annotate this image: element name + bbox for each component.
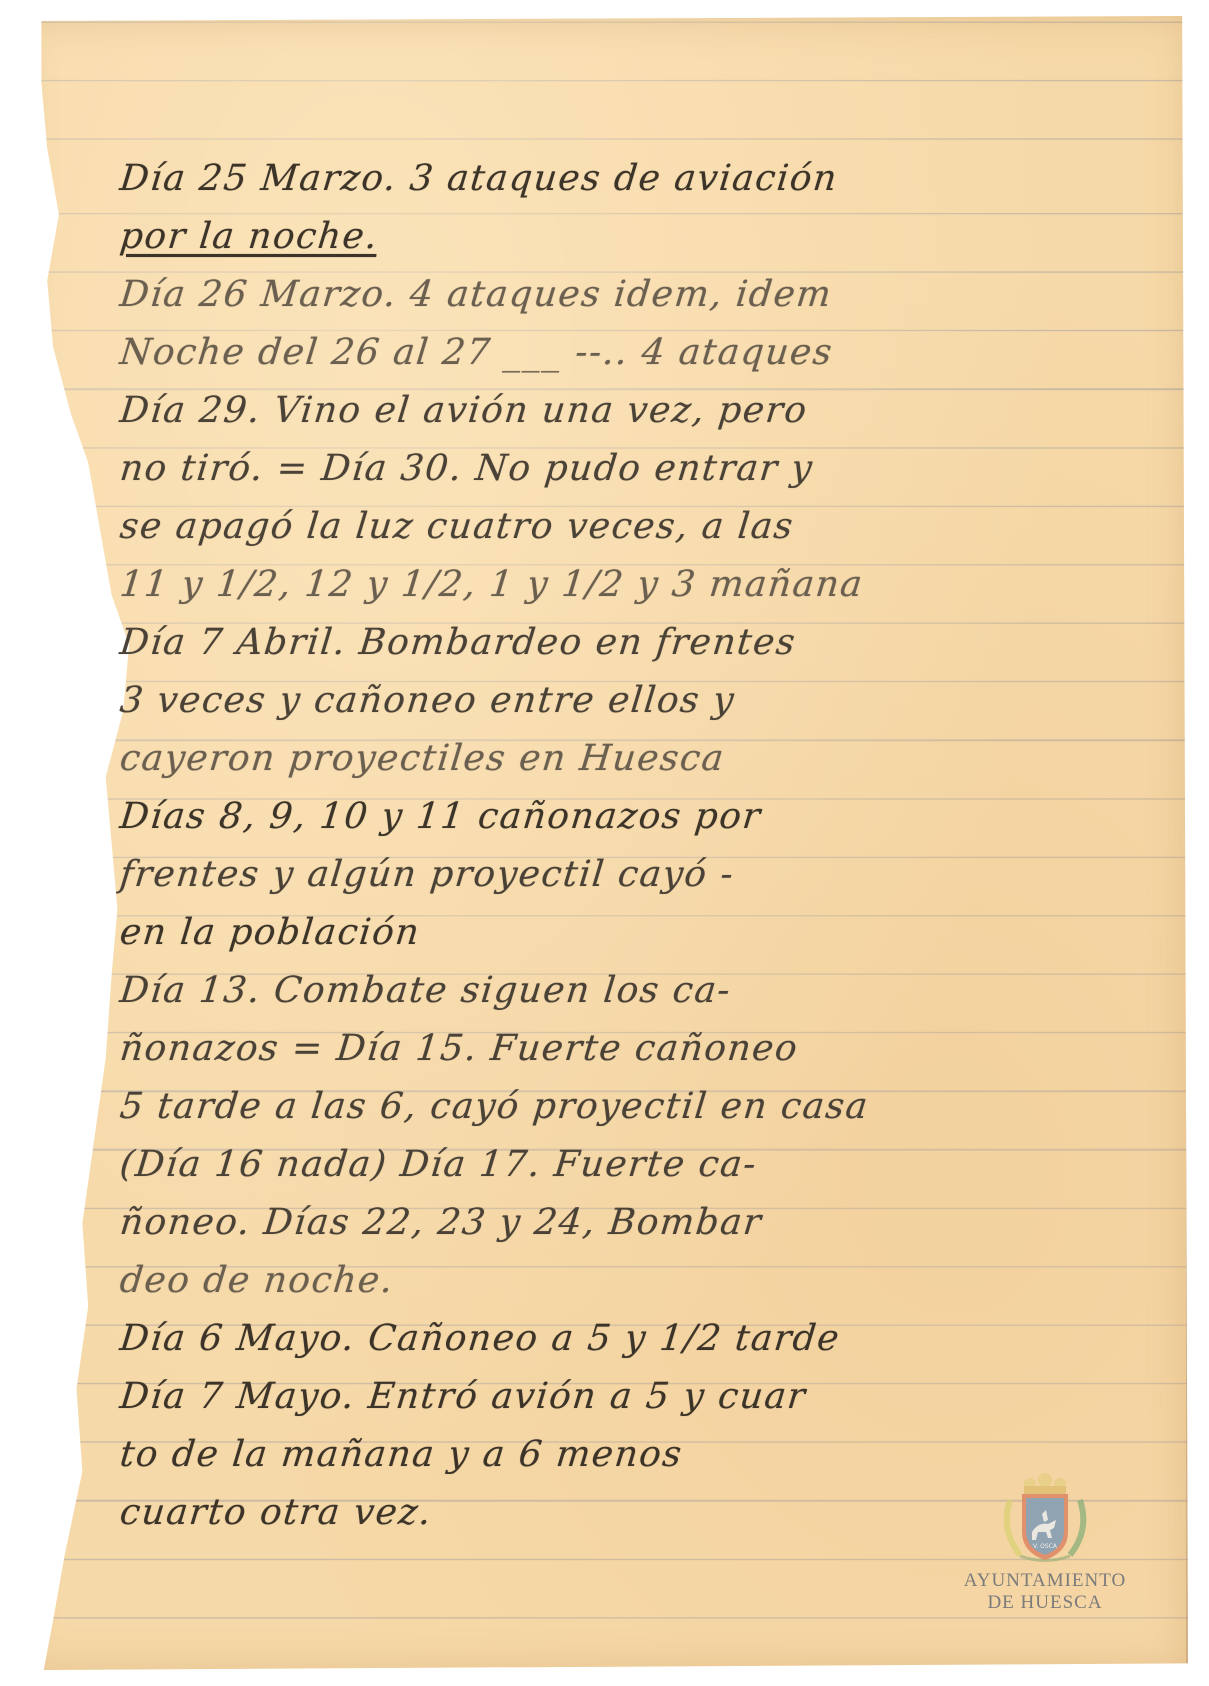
text-line: Día 29. Vino el avión una vez, pero [117, 382, 1103, 440]
text-line: en la población [117, 904, 1103, 962]
text-line: cayeron proyectiles en Huesca [117, 730, 1103, 788]
text-line: Día 7 Abril. Bombardeo en frentes [117, 614, 1103, 672]
text-line: deo de noche. [117, 1252, 1103, 1310]
svg-text:V. OSCA: V. OSCA [1033, 1543, 1058, 1550]
watermark-line-1: AYUNTAMIENTO [945, 1570, 1145, 1592]
text-line: ñonazos = Día 15. Fuerte cañoneo [117, 1020, 1103, 1078]
handwritten-text: Día 25 Marzo. 3 ataques de aviación por … [120, 150, 1100, 1542]
text-line: Día 7 Mayo. Entró avión a 5 y cuar [117, 1368, 1103, 1426]
ayuntamiento-watermark: V. OSCA AYUNTAMIENTO DE HUESCA [945, 1470, 1145, 1640]
text-line: 3 veces y cañoneo entre ellos y [117, 672, 1103, 730]
text-line: no tiró. = Día 30. No pudo entrar y [117, 440, 1103, 498]
text-line: Días 8, 9, 10 y 11 cañonazos por [117, 788, 1103, 846]
text-line: Noche del 26 al 27 ___ --.. 4 ataques [117, 324, 1103, 382]
watermark-line-2: DE HUESCA [945, 1592, 1145, 1614]
text-line: ñoneo. Días 22, 23 y 24, Bombar [117, 1194, 1103, 1252]
text-line: Día 6 Mayo. Cañoneo a 5 y 1/2 tarde [117, 1310, 1103, 1368]
text-line: frentes y algún proyectil cayó - [117, 846, 1103, 904]
coat-of-arms-icon: V. OSCA [990, 1470, 1100, 1570]
text-line: 11 y 1/2, 12 y 1/2, 1 y 1/2 y 3 mañana [117, 556, 1103, 614]
text-line: (Día 16 nada) Día 17. Fuerte ca- [117, 1136, 1103, 1194]
text-line: Día 26 Marzo. 4 ataques idem, idem [117, 266, 1103, 324]
text-line: 5 tarde a las 6, cayó proyectil en casa [117, 1078, 1103, 1136]
text-line: se apagó la luz cuatro veces, a las [117, 498, 1103, 556]
paper-edge [1186, 16, 1188, 1670]
text-line: Día 13. Combate siguen los ca- [117, 962, 1103, 1020]
text-line: por la noche. [117, 208, 1103, 266]
text-line: Día 25 Marzo. 3 ataques de aviación [117, 150, 1103, 208]
